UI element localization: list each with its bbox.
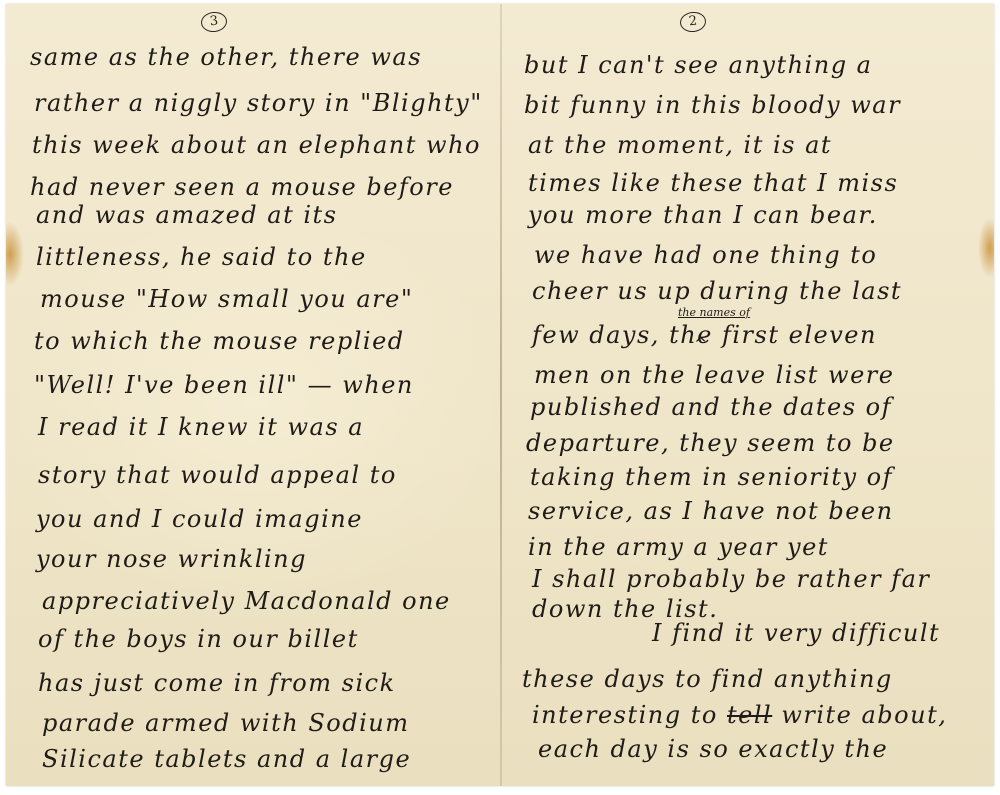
- text-line: of the boys in our billet: [38, 624, 359, 654]
- text-fragment: interesting to: [532, 701, 718, 729]
- text-line: I read it I knew it was a: [38, 412, 364, 442]
- text-line: we have had one thing to: [534, 240, 877, 270]
- text-line: but I can't see anything a: [524, 50, 873, 80]
- text-line: I shall probably be rather far: [532, 564, 930, 594]
- text-line: published and the dates of: [530, 392, 892, 422]
- text-line: "Well! I've been ill" — when: [34, 370, 414, 400]
- text-line: to which the mouse replied: [34, 326, 405, 356]
- right-page: 2 but I can't see anything a bit funny i…: [502, 4, 996, 786]
- text-line: at the moment, it is at: [528, 130, 832, 160]
- text-line: cheer us up during the last: [532, 276, 902, 306]
- text-line: mouse "How small you are": [40, 284, 413, 314]
- text-line: and was amazed at its: [36, 200, 338, 230]
- insertion-caret-icon: ^: [694, 334, 707, 353]
- text-line: each day is so exactly the: [538, 734, 888, 764]
- text-line: has just come in from sick: [38, 668, 396, 698]
- letter-sheet: 3 same as the other, there was rather a …: [6, 4, 994, 786]
- text-line: littleness, he said to the: [36, 242, 367, 272]
- text-line: times like these that I miss: [528, 168, 898, 198]
- struck-word: tell: [727, 701, 772, 729]
- text-line: parade armed with Sodium: [42, 708, 409, 738]
- text-line: I find it very difficult: [652, 618, 940, 648]
- text-line: these days to find anything: [522, 664, 893, 694]
- text-line: taking them in seniority of: [530, 462, 893, 492]
- text-fragment: write about,: [781, 701, 947, 729]
- page-number-circled: 2: [679, 11, 707, 34]
- text-line: bit funny in this bloody war: [524, 90, 901, 120]
- text-line: you and I could imagine: [36, 504, 363, 534]
- text-line: men on the leave list were: [534, 360, 894, 390]
- text-line: departure, they seem to be: [526, 428, 895, 458]
- text-line: this week about an elephant who: [32, 130, 481, 160]
- text-line: Silicate tablets and a large: [42, 744, 411, 774]
- text-line: in the army a year yet: [528, 532, 829, 562]
- text-line: rather a niggly story in "Blighty": [34, 88, 483, 118]
- text-line: service, as I have not been: [528, 496, 894, 526]
- inserted-text: the names of: [678, 306, 750, 319]
- left-page: 3 same as the other, there was rather a …: [6, 4, 500, 786]
- text-line: your nose wrinkling: [36, 544, 307, 574]
- text-line: you more than I can bear.: [528, 200, 878, 230]
- text-line: appreciatively Macdonald one: [42, 586, 451, 616]
- text-line: had never seen a mouse before: [30, 172, 454, 202]
- text-line: story that would appeal to: [38, 460, 397, 490]
- text-line: interesting to tell write about,: [532, 700, 947, 730]
- page-number-circled: 3: [200, 11, 228, 34]
- text-line: same as the other, there was: [30, 42, 422, 72]
